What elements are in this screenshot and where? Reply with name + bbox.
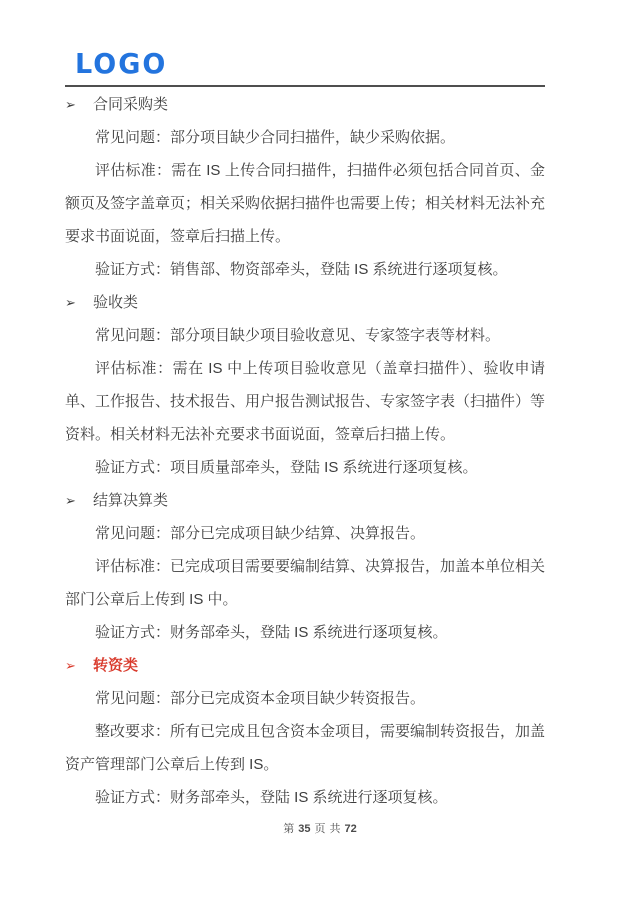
- paragraph-verification-method: 验证方式：销售部、物资部牵头，登陆 IS 系统进行逐项复核。: [65, 253, 545, 286]
- company-logo: LOGO: [75, 50, 167, 81]
- section-title: 合同采购类: [93, 96, 168, 113]
- paragraph-evaluation-criteria: 评估标准：需在 IS 中上传项目验收意见（盖章扫描件）、验收申请单、工作报告、技…: [65, 352, 545, 451]
- paragraph-common-issues: 常见问题：部分已完成项目缺少结算、决算报告。: [65, 517, 545, 550]
- paragraph-verification-method: 验证方式：财务部牵头，登陆 IS 系统进行逐项复核。: [65, 781, 545, 814]
- section-title: 验收类: [93, 294, 138, 311]
- document-page: LOGO ➢合同采购类 常见问题：部分项目缺少合同扫描件，缺少采购依据。 评估标…: [0, 0, 640, 906]
- page-footer: 第35页共72: [0, 820, 640, 838]
- arrow-bullet-icon: ➢: [65, 649, 93, 682]
- section-heading: ➢验收类: [65, 286, 545, 319]
- document-body: ➢合同采购类 常见问题：部分项目缺少合同扫描件，缺少采购依据。 评估标准：需在 …: [0, 87, 640, 814]
- footer-label: 页: [315, 823, 326, 835]
- arrow-bullet-icon: ➢: [65, 484, 93, 517]
- section-title: 转资类: [93, 657, 138, 674]
- footer-label: 共: [330, 823, 341, 835]
- section-heading: ➢转资类: [65, 649, 545, 682]
- section-heading: ➢合同采购类: [65, 88, 545, 121]
- section-settlement-final-accounts: ➢结算决算类 常见问题：部分已完成项目缺少结算、决算报告。 评估标准：已完成项目…: [65, 484, 545, 649]
- arrow-bullet-icon: ➢: [65, 88, 93, 121]
- paragraph-common-issues: 常见问题：部分项目缺少合同扫描件，缺少采购依据。: [65, 121, 545, 154]
- section-contract-procurement: ➢合同采购类 常见问题：部分项目缺少合同扫描件，缺少采购依据。 评估标准：需在 …: [65, 88, 545, 286]
- paragraph-evaluation-criteria: 评估标准：需在 IS 上传合同扫描件，扫描件必须包括合同首页、金额页及签字盖章页…: [65, 154, 545, 253]
- paragraph-verification-method: 验证方式：财务部牵头，登陆 IS 系统进行逐项复核。: [65, 616, 545, 649]
- paragraph-common-issues: 常见问题：部分项目缺少项目验收意见、专家签字表等材料。: [65, 319, 545, 352]
- section-asset-transfer: ➢转资类 常见问题：部分已完成资本金项目缺少转资报告。 整改要求：所有已完成且包…: [65, 649, 545, 814]
- footer-label: 第: [283, 823, 294, 835]
- page-number: 35: [298, 823, 310, 835]
- paragraph-rectification-requirements: 整改要求：所有已完成且包含资本金项目，需要编制转资报告，加盖资产管理部门公章后上…: [65, 715, 545, 781]
- page-header: LOGO: [0, 0, 640, 87]
- paragraph-evaluation-criteria: 评估标准：已完成项目需要要编制结算、决算报告，加盖本单位相关部门公章后上传到 I…: [65, 550, 545, 616]
- section-heading: ➢结算决算类: [65, 484, 545, 517]
- section-title: 结算决算类: [93, 492, 168, 509]
- section-acceptance: ➢验收类 常见问题：部分项目缺少项目验收意见、专家签字表等材料。 评估标准：需在…: [65, 286, 545, 484]
- total-pages: 72: [345, 823, 357, 835]
- arrow-bullet-icon: ➢: [65, 286, 93, 319]
- paragraph-verification-method: 验证方式：项目质量部牵头，登陆 IS 系统进行逐项复核。: [65, 451, 545, 484]
- paragraph-common-issues: 常见问题：部分已完成资本金项目缺少转资报告。: [65, 682, 545, 715]
